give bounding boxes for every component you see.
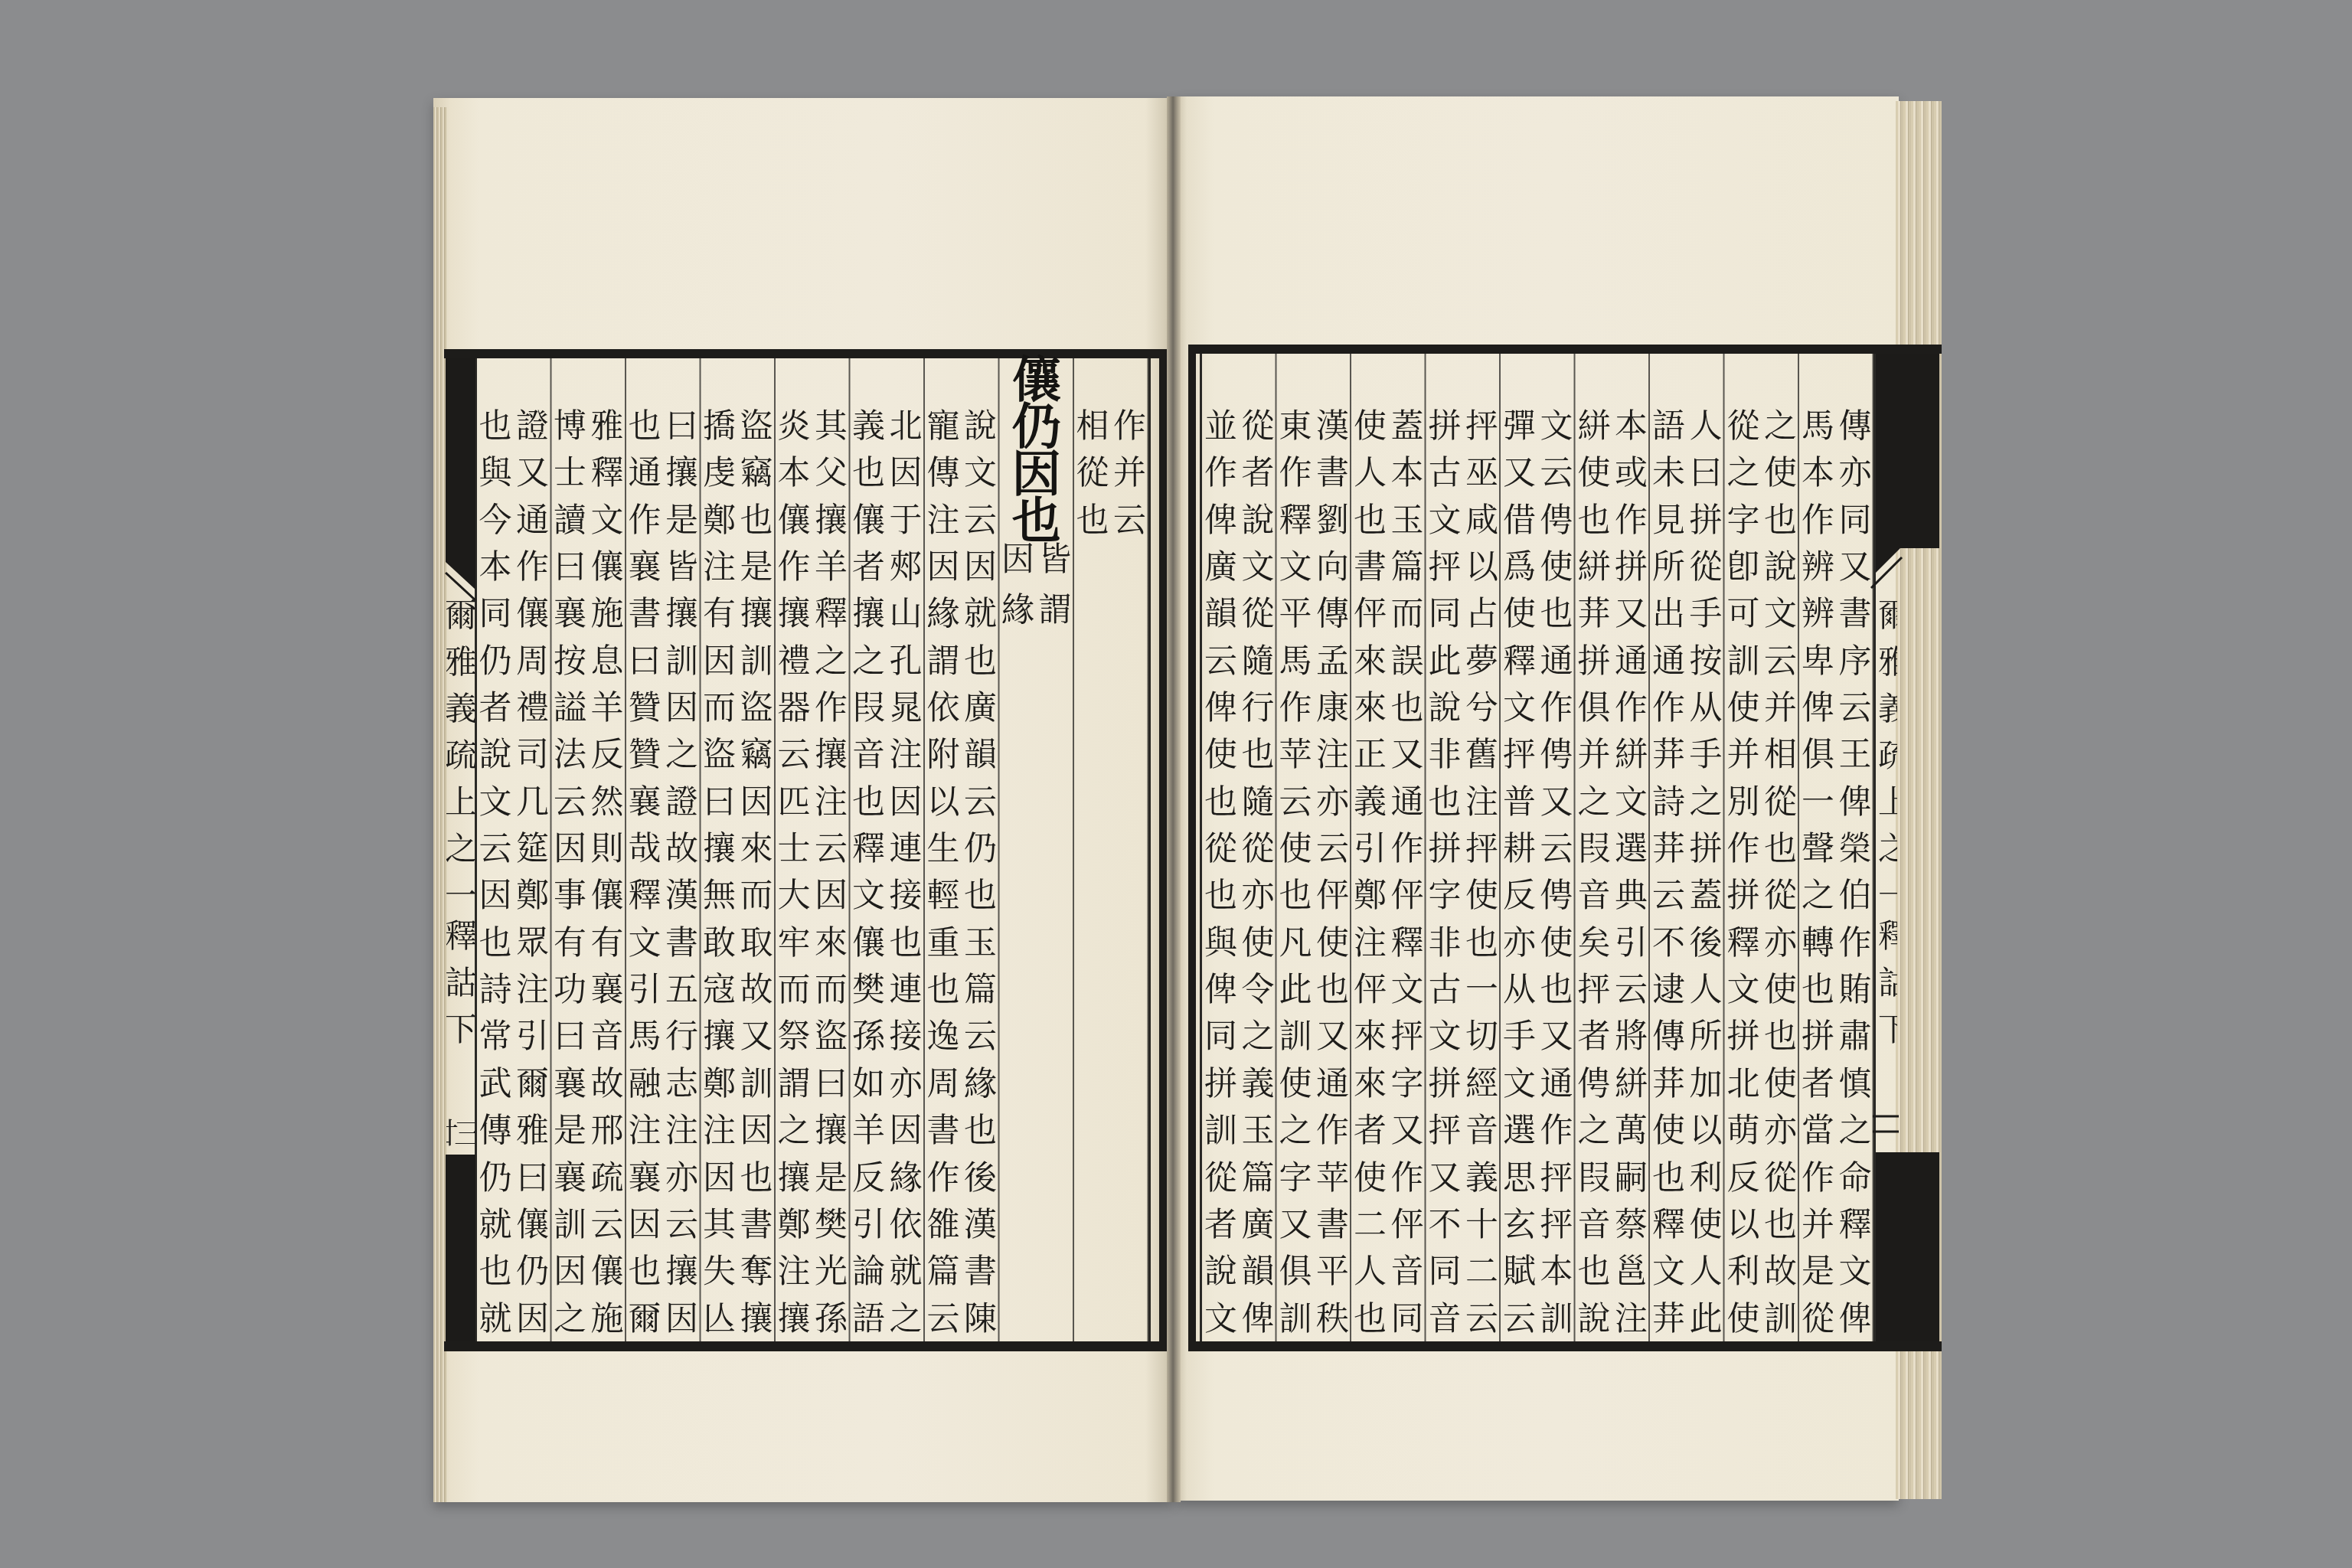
commentary-column: 傳亦同又書序云王俾榮伯作賄肅慎之命釋文俾 [1837,403,1873,1343]
commentary-column: 蓋本玉篇而誤也又通作伻釋文抨字又作伻音同 [1389,403,1426,1343]
banxin-upper-block [1876,354,1939,573]
commentary-column: 彈又借爲使釋文抨普耕反亦从手文選思玄賦云 [1501,403,1538,1343]
commentary-column: 東作釋文平馬作苹云使也凡此訓使之字又俱訓 [1277,403,1314,1343]
commentary-column: 漢書劉向傳孟康注亦云伻使也又通作苹書平秩 [1315,403,1351,1343]
commentary-column: 並作俾廣韻云俾使也從也與俾同拼訓從者說文 [1203,403,1240,1343]
banxin-lower-block [1876,1152,1939,1341]
commentary-column: 抨巫咸以占夢兮舊注抨使也一切經音義十二云 [1464,403,1501,1343]
commentary-column: 馬本作辨辨卑俾俱一聲之轉也拼者當作并是從 [1800,403,1837,1343]
commentary-column: 絣使也絣荓拼俱并之叚音矣抨者俜之叚音也說 [1576,403,1612,1343]
commentary-column: 人曰拼從手按从手之拼蓋後人所加以利使人此 [1687,403,1724,1343]
commentary-column: 文云俜使也通作俜又云俜使也又通作抨抨本訓 [1538,403,1575,1343]
commentary-column: 從之字卽可訓使并別作拼釋文拼北萌反以利使 [1725,403,1762,1343]
commentary-column: 語未見所出通作荓詩荓云不逮傳荓使也釋文荓 [1651,403,1687,1343]
banxin-fishtail-icon [0,0,2352,1568]
commentary-column: 之使也說文云并相從也從亦使也使亦從也故訓 [1762,403,1799,1343]
commentary-column: 拼古文抨同此說非也拼字非古文拼抨又不同音 [1426,403,1463,1343]
commentary-column: 使人也書伻來來正義引鄭注伻來來者使二人也 [1352,403,1389,1343]
commentary-column: 從者說文從隨行也隨從亦使令之義玉篇廣韻俾 [1240,403,1276,1343]
commentary-column: 本或作拼又通作絣文選典引云將絣萬嗣蔡邕注 [1613,403,1650,1343]
